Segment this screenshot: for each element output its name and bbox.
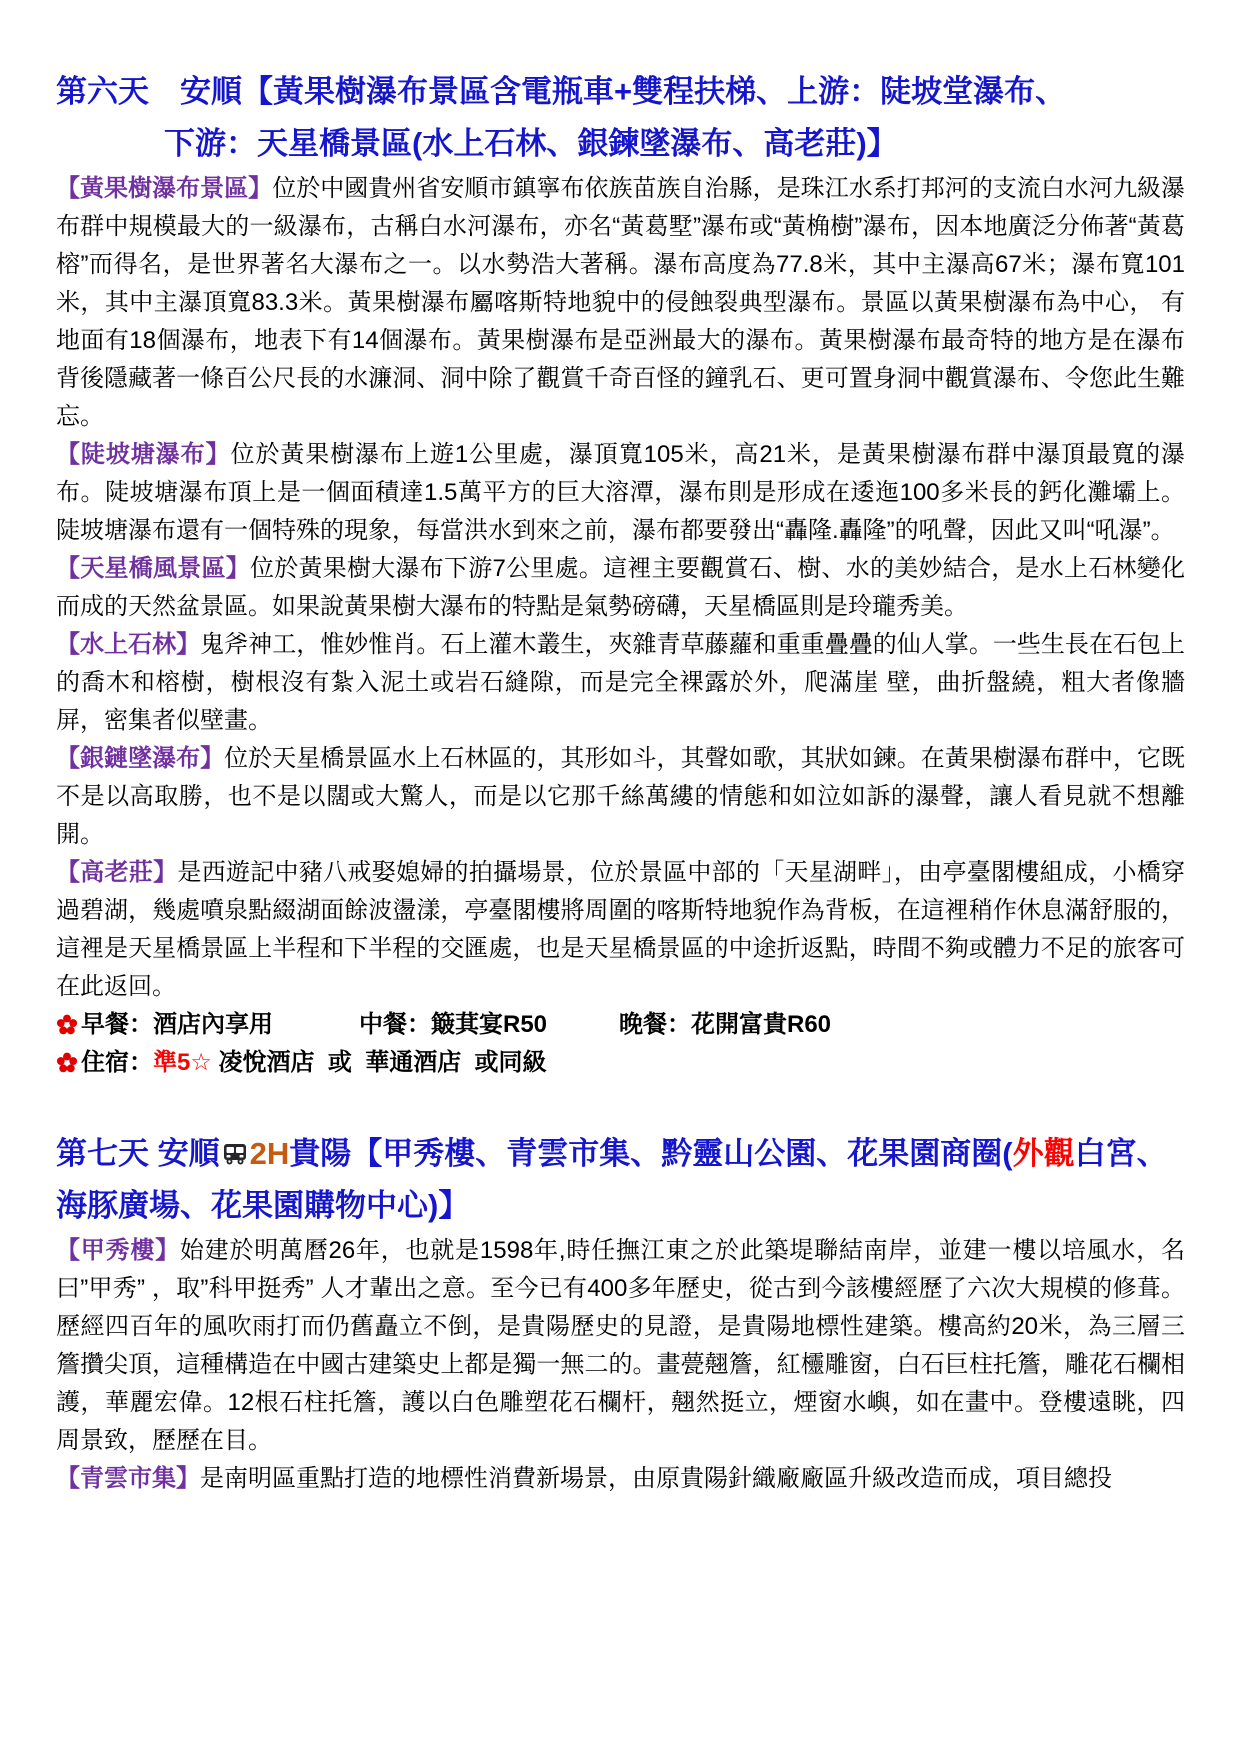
section-shuishang-shilin: 【水上石林】鬼斧神工，惟妙惟肖。石上灌木叢生，夾雜青草藤蘿和重重疊疊的仙人掌。一… — [56, 626, 1185, 740]
day6-title: 第六天 安順【黃果樹瀑布景區含電瓶車+雙程扶梯、上游：陡坡堂瀑布、 下游：天星橋… — [56, 66, 1185, 170]
lunch-label: 中餐：簸萁宴R50 — [359, 1006, 619, 1044]
day7-title: 第七天 安順 2H貴陽【甲秀樓、青雲市集、黔靈山公園、花果園商圈(外觀白宮、海豚… — [56, 1128, 1185, 1232]
section-text: 位於天星橋景區水上石林區的，其形如斗，其聲如歌，其狀如鍊。在黃果樹瀑布群中，它既… — [56, 745, 1185, 848]
section-label: 【高老莊】 — [56, 859, 177, 886]
section-text: 位於中國貴州省安順市鎮寧布依族苗族自治縣，是珠江水系打邦河的支流白水河九級瀑布群… — [56, 175, 1185, 430]
meals-line: 早餐：酒店內享用 中餐：簸萁宴R50 晚餐：花開富貴R60 — [56, 1006, 1185, 1044]
itinerary-document: 第六天 安順【黃果樹瀑布景區含電瓶車+雙程扶梯、上游：陡坡堂瀑布、 下游：天星橋… — [56, 66, 1185, 1498]
day7-title-red-note: 外觀 — [1013, 1136, 1075, 1171]
hotel-prefix: 住宿： — [81, 1044, 153, 1082]
flower-icon — [56, 1052, 78, 1074]
section-label: 【水上石林】 — [56, 631, 200, 658]
section-tianxingqiao: 【天星橋風景區】位於黃果樹大瀑布下游7公里處。這裡主要觀賞石、樹、水的美妙結合，… — [56, 550, 1185, 626]
section-label: 【青雲市集】 — [56, 1465, 200, 1492]
dinner-label: 晚餐：花開富貴R60 — [619, 1006, 831, 1044]
section-text: 是南明區重點打造的地標性消費新場景，由原貴陽針織廠廠區升級改造而成，項目總投 — [200, 1465, 1112, 1492]
section-jiaxiulou: 【甲秀樓】始建於明萬曆26年，也就是1598年,時任撫江東之於此築堤聯結南岸，並… — [56, 1232, 1185, 1460]
section-text: 始建於明萬曆26年，也就是1598年,時任撫江東之於此築堤聯結南岸，並建一樓以培… — [56, 1237, 1185, 1454]
bus-icon — [221, 1142, 249, 1166]
section-gaolaozhuang: 【高老莊】是西遊記中豬八戒娶媳婦的拍攝場景，位於景區中部的「天星湖畔」，由亭臺閣… — [56, 854, 1185, 1006]
hotel-line: 住宿：準5☆ 凌悅酒店 或 華通酒店 或同級 — [56, 1044, 1185, 1082]
section-doupotang: 【陡坡塘瀑布】位於黃果樹瀑布上遊1公里處，瀑頂寬105米，高21米，是黃果樹瀑布… — [56, 436, 1185, 550]
day7-title-part1: 第七天 安順 — [56, 1136, 220, 1171]
section-text: 是西遊記中豬八戒娶媳婦的拍攝場景，位於景區中部的「天星湖畔」，由亭臺閣樓組成，小… — [56, 859, 1185, 1000]
day6-title-line1: 第六天 安順【黃果樹瀑布景區含電瓶車+雙程扶梯、上游：陡坡堂瀑布、 — [56, 66, 1185, 118]
section-huangguoshu: 【黃果樹瀑布景區】位於中國貴州省安順市鎮寧布依族苗族自治縣，是珠江水系打邦河的支… — [56, 170, 1185, 436]
day7-title-part2: 貴陽【甲秀樓、青雲市集、黔靈山公園、花果園商圈( — [289, 1136, 1012, 1171]
flower-icon — [56, 1014, 78, 1036]
section-text: 鬼斧神工，惟妙惟肖。石上灌木叢生，夾雜青草藤蘿和重重疊疊的仙人掌。一些生長在石包… — [56, 631, 1185, 734]
section-yinlianzhui: 【銀鏈墜瀑布】位於天星橋景區水上石林區的，其形如斗，其聲如歌，其狀如鍊。在黃果樹… — [56, 740, 1185, 854]
section-label: 【陡坡塘瀑布】 — [56, 441, 231, 468]
hotel-grade: 準5☆ — [153, 1044, 212, 1082]
day6-title-line2: 下游：天星橋景區(水上石林、銀鍊墜瀑布、高老莊)】 — [56, 118, 1185, 170]
hotel-names: 凌悅酒店 或 華通酒店 或同級 — [212, 1044, 547, 1082]
section-label: 【甲秀樓】 — [56, 1237, 180, 1264]
section-label: 【黃果樹瀑布景區】 — [56, 175, 272, 202]
transfer-duration: 2H — [250, 1136, 290, 1171]
section-label: 【銀鏈墜瀑布】 — [56, 745, 224, 772]
section-qingyun-market: 【青雲市集】是南明區重點打造的地標性消費新場景，由原貴陽針織廠廠區升級改造而成，… — [56, 1460, 1185, 1498]
section-label: 【天星橋風景區】 — [56, 555, 250, 582]
breakfast-label: 早餐：酒店內享用 — [81, 1006, 359, 1044]
